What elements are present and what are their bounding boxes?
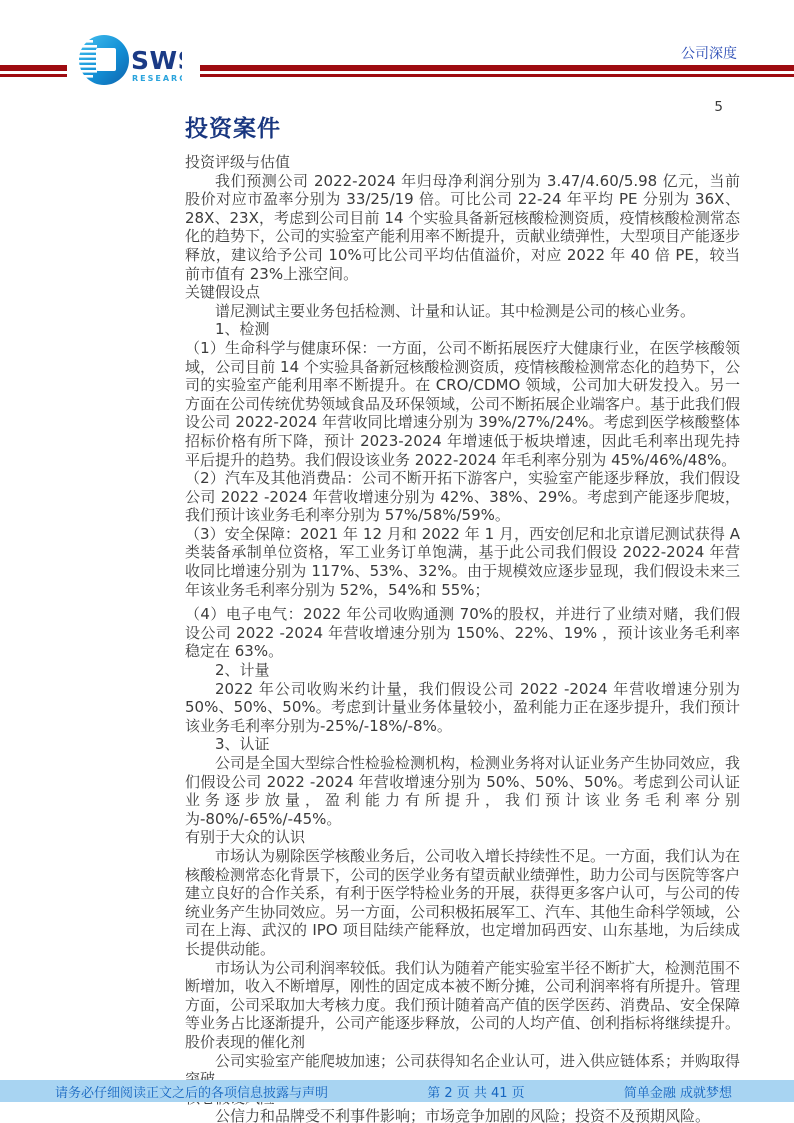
list-item: 1、检测 <box>185 320 740 339</box>
paragraph: （4）电子电气：2022 年公司收购通测 70%的股权，并进行了业绩对赌，我们假… <box>185 605 740 661</box>
section-heading: 投资评级与估值 <box>185 153 740 172</box>
paragraph: 市场认为剔除医学核酸业务后，公司收入增长持续性不足。一方面，我们认为在核酸检测常… <box>185 847 740 959</box>
section-heading: 有别于大众的认识 <box>185 828 740 847</box>
paragraph: 公司是全国大型综合性检验检测机构，检测业务将对认证业务产生协同效应，我们假设公司… <box>185 754 740 828</box>
globe-icon <box>78 35 129 85</box>
section-heading: 关键假设点 <box>185 283 740 302</box>
report-body: 投资案件 投资评级与估值 我们预测公司 2022-2024 年归母净利润分别为 … <box>185 114 740 1123</box>
sws-research-logo-icon: SWS RESEARCH <box>78 33 182 87</box>
page-footer: 请务必仔细阅读正文之后的各项信息披露与声明 第 2 页 共 41 页 简单金融 … <box>0 1080 794 1102</box>
logo-sws-text: SWS <box>131 46 182 75</box>
footer-page-indicator: 第 2 页 共 41 页 <box>427 1082 524 1101</box>
paragraph: 公信力和品牌受不利事件影响；市场竞争加剧的风险；投资不及预期风险。 <box>185 1107 740 1123</box>
list-item: 2、计量 <box>185 661 740 680</box>
footer-slogan: 简单金融 成就梦想 <box>624 1082 732 1101</box>
paragraph: 2022 年公司收购米约计量，我们假设公司 2022 -2024 年营收增速分别… <box>185 680 740 736</box>
footer-disclaimer: 请务必仔细阅读正文之后的各项信息披露与声明 <box>55 1082 328 1101</box>
header-rule-left-thick <box>0 65 67 71</box>
corner-page-number: 5 <box>714 99 723 115</box>
header-rule-right-thin <box>200 74 794 77</box>
page-title: 投资案件 <box>185 114 740 144</box>
logo-research-text: RESEARCH <box>132 74 182 83</box>
paragraph: （3）安全保障：2021 年 12 月和 2022 年 1 月，西安创尼和北京谱… <box>185 525 740 599</box>
list-item: 3、认证 <box>185 735 740 754</box>
paragraph: 市场认为公司利润率较低。我们认为随着产能实验室半径不断扩大，检测范围不断增加，收… <box>185 959 740 1033</box>
paragraph: 我们预测公司 2022-2024 年归母净利润分别为 3.47/4.60/5.9… <box>185 172 740 284</box>
paragraph: （2）汽车及其他消费品：公司不断开拓下游客户，实验室产能逐步释放，我们假设公司 … <box>185 469 740 525</box>
report-page: SWS RESEARCH 公司深度 5 投资案件 投资评级与估值 我们预测公司 … <box>0 0 794 1123</box>
section-heading: 股价表现的催化剂 <box>185 1033 740 1052</box>
paragraph: 谱尼测试主要业务包括检测、计量和认证。其中检测是公司的核心业务。 <box>185 302 740 321</box>
report-type-label: 公司深度 <box>681 46 737 62</box>
paragraph: （1）生命科学与健康环保：一方面，公司不断拓展医疗大健康行业，在医学核酸领域，公… <box>185 339 740 469</box>
header-rule-left-thin <box>0 74 67 77</box>
header-rule-right-thick <box>200 65 794 71</box>
